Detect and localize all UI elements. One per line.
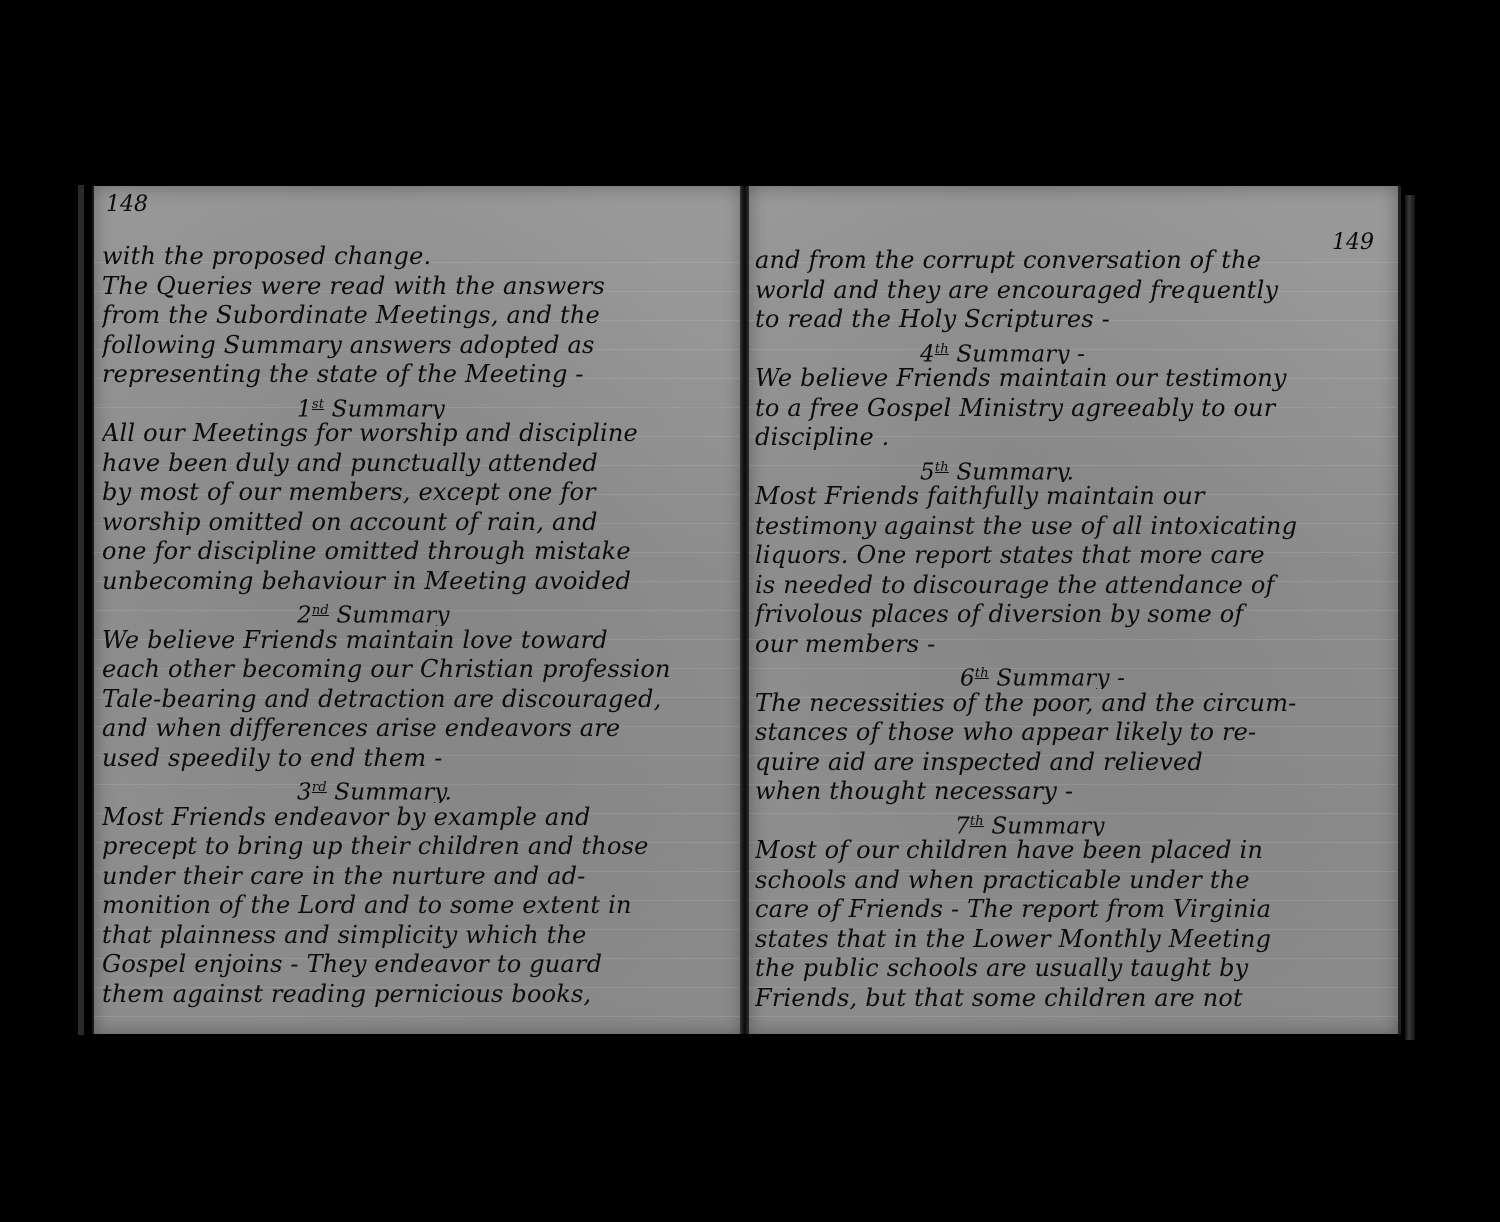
handwritten-line: world and they are encouraged frequently xyxy=(755,276,1392,306)
handwritten-line: Friends, but that some children are not xyxy=(755,984,1392,1014)
ordinal-suffix: st xyxy=(312,397,324,412)
summary-ordinal: 6 xyxy=(960,666,975,689)
summary-label: Summary xyxy=(984,813,1105,836)
summary-ordinal: 3 xyxy=(297,780,312,803)
summary-label: Summary. xyxy=(949,459,1074,482)
ordinal-suffix: th xyxy=(935,342,949,357)
ordinal-suffix: th xyxy=(935,460,949,475)
summary-heading: 4th Summary - xyxy=(755,335,1392,365)
handwritten-line: stances of those who appear likely to re… xyxy=(755,718,1392,748)
left-page: 148 with the proposed change.The Queries… xyxy=(92,186,742,1034)
handwritten-line: representing the state of the Meeting - xyxy=(102,360,736,390)
summary-ordinal: 4 xyxy=(920,341,935,364)
summary-label: Summary. xyxy=(327,780,452,803)
handwritten-line: under their care in the nurture and ad- xyxy=(102,862,736,892)
handwritten-line: We believe Friends maintain love toward xyxy=(102,626,736,656)
handwritten-line: from the Subordinate Meetings, and the xyxy=(102,301,736,331)
summary-heading: 7th Summary xyxy=(755,807,1392,837)
summary-heading: 1st Summary xyxy=(102,390,736,420)
book-edge-left xyxy=(78,185,84,1035)
right-page-text: and from the corrupt conversation of the… xyxy=(755,246,1392,1013)
handwritten-line: quire aid are inspected and relieved xyxy=(755,748,1392,778)
handwritten-line: them against reading pernicious books, xyxy=(102,980,736,1010)
handwritten-line: All our Meetings for worship and discipl… xyxy=(102,419,736,449)
handwritten-line: have been duly and punctually attended xyxy=(102,449,736,479)
summary-heading: 2nd Summary xyxy=(102,596,736,626)
handwritten-line: worship omitted on account of rain, and xyxy=(102,508,736,538)
handwritten-line: testimony against the use of all intoxic… xyxy=(755,512,1392,542)
summary-label: Summary - xyxy=(989,666,1125,689)
handwritten-line: to a free Gospel Ministry agreeably to o… xyxy=(755,394,1392,424)
summary-label: Summary - xyxy=(949,341,1085,364)
ordinal-suffix: rd xyxy=(312,780,327,795)
summary-ordinal: 7 xyxy=(955,813,970,836)
handwritten-line: We believe Friends maintain our testimon… xyxy=(755,364,1392,394)
ordinal-suffix: th xyxy=(975,666,989,681)
handwritten-line: one for discipline omitted through mista… xyxy=(102,537,736,567)
ordinal-suffix: nd xyxy=(312,603,329,618)
handwritten-line: Gospel enjoins - They endeavor to guard xyxy=(102,950,736,980)
handwritten-line: following Summary answers adopted as xyxy=(102,331,736,361)
handwritten-line: each other becoming our Christian profes… xyxy=(102,655,736,685)
handwritten-line: Tale-bearing and detraction are discoura… xyxy=(102,685,736,715)
summary-label: Summary xyxy=(324,396,445,419)
handwritten-line: The Queries were read with the answers xyxy=(102,272,736,302)
book-gutter xyxy=(740,186,749,1034)
handwritten-line: unbecoming behaviour in Meeting avoided xyxy=(102,567,736,597)
summary-ordinal: 1 xyxy=(297,396,312,419)
left-page-text: with the proposed change.The Queries wer… xyxy=(102,242,736,1009)
handwritten-line: that plainness and simplicity which the xyxy=(102,921,736,951)
handwritten-line: and when differences arise endeavors are xyxy=(102,714,736,744)
right-page: 149 and from the corrupt conversation of… xyxy=(749,186,1401,1034)
handwritten-line: with the proposed change. xyxy=(102,242,736,272)
handwritten-line: frivolous places of diversion by some of xyxy=(755,600,1392,630)
handwritten-line: our members - xyxy=(755,630,1392,660)
handwritten-line: The necessities of the poor, and the cir… xyxy=(755,689,1392,719)
handwritten-line: when thought necessary - xyxy=(755,777,1392,807)
handwritten-line: care of Friends - The report from Virgin… xyxy=(755,895,1392,925)
handwritten-line: to read the Holy Scriptures - xyxy=(755,305,1392,335)
handwritten-line: the public schools are usually taught by xyxy=(755,954,1392,984)
handwritten-line: schools and when practicable under the xyxy=(755,866,1392,896)
summary-heading: 3rd Summary. xyxy=(102,773,736,803)
summary-ordinal: 5 xyxy=(920,459,935,482)
handwritten-line: Most Friends endeavor by example and xyxy=(102,803,736,833)
handwritten-line: precept to bring up their children and t… xyxy=(102,832,736,862)
summary-heading: 5th Summary. xyxy=(755,453,1392,483)
handwritten-line: by most of our members, except one for xyxy=(102,478,736,508)
handwritten-line: monition of the Lord and to some extent … xyxy=(102,891,736,921)
page-number-left: 148 xyxy=(106,192,148,217)
handwritten-line: discipline . xyxy=(755,423,1392,453)
summary-label: Summary xyxy=(329,603,450,626)
handwritten-line: Most Friends faithfully maintain our xyxy=(755,482,1392,512)
handwritten-line: is needed to discourage the attendance o… xyxy=(755,571,1392,601)
handwritten-line: and from the corrupt conversation of the xyxy=(755,246,1392,276)
summary-ordinal: 2 xyxy=(297,603,312,626)
summary-heading: 6th Summary - xyxy=(755,659,1392,689)
handwritten-line: liquors. One report states that more car… xyxy=(755,541,1392,571)
handwritten-line: states that in the Lower Monthly Meeting xyxy=(755,925,1392,955)
handwritten-line: used speedily to end them - xyxy=(102,744,736,774)
ordinal-suffix: th xyxy=(970,814,984,829)
handwritten-line: Most of our children have been placed in xyxy=(755,836,1392,866)
book-edge-right xyxy=(1405,195,1415,1040)
